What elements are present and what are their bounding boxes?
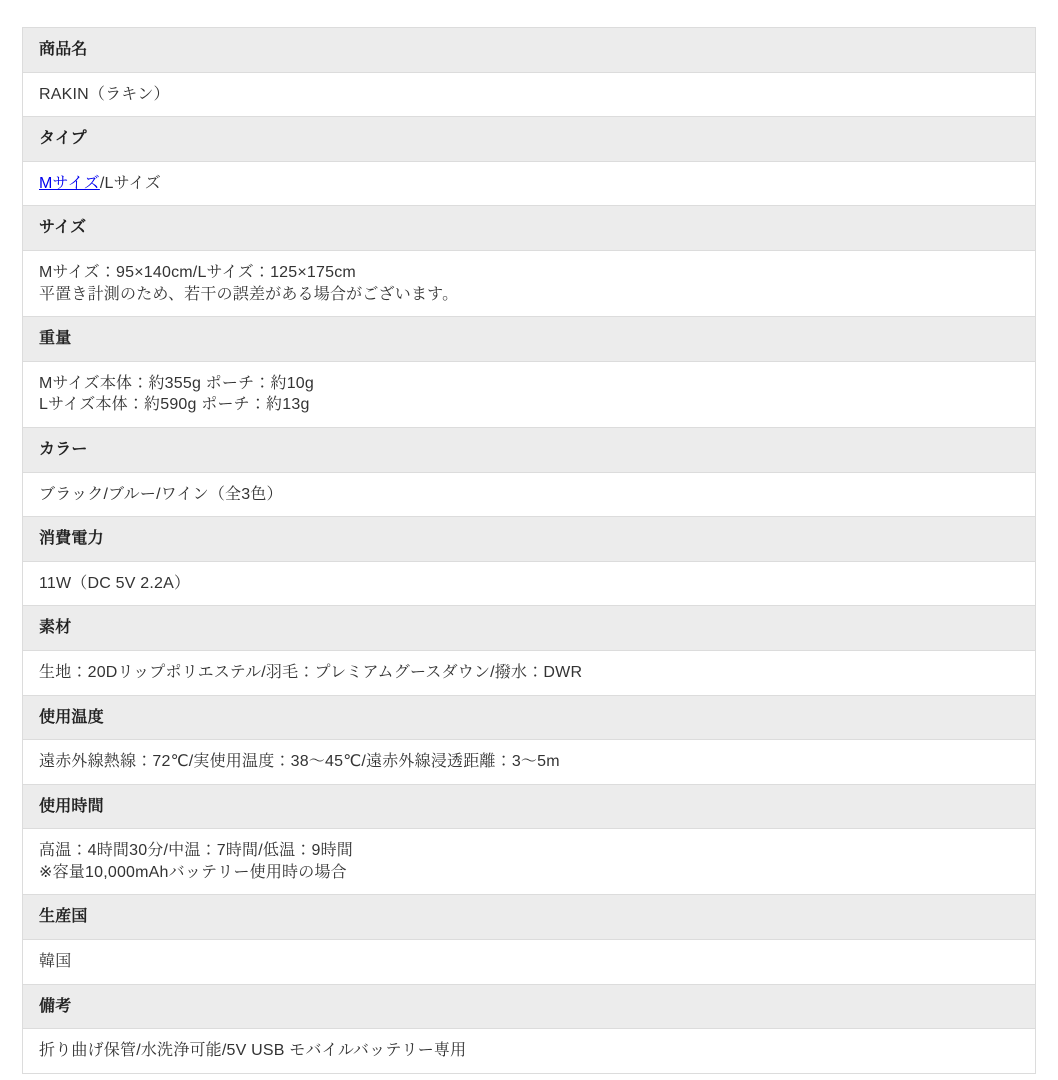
product-spec-page: 商品名 RAKIN（ラキン） タイプ Mサイズ/Lサイズ サイズ Mサイズ：95…: [0, 0, 1058, 1074]
spec-value-row-power-consumption: 11W（DC 5V 2.2A）: [23, 561, 1036, 606]
spec-value-weight: Mサイズ本体：約355g ポーチ：約10g Lサイズ本体：約590g ポーチ：約…: [23, 361, 1036, 427]
spec-value-row-size: Mサイズ：95×140cm/Lサイズ：125×175cm 平置き計測のため、若干…: [23, 250, 1036, 316]
spec-value-row-notes: 折り曲げ保管/水洗浄可能/5V USB モバイルバッテリー専用: [23, 1029, 1036, 1074]
spec-header-row-operating-temperature: 使用温度: [23, 695, 1036, 740]
value-line: 韓国: [39, 951, 1019, 973]
value-line: 遠赤外線熱線：72℃/実使用温度：38〜45℃/遠赤外線浸透距離：3〜5m: [39, 751, 1019, 773]
spec-header-row-product-name: 商品名: [23, 28, 1036, 73]
value-line: 11W（DC 5V 2.2A）: [39, 573, 1019, 595]
spec-label-operating-temperature: 使用温度: [23, 695, 1036, 740]
value-line: 高温：4時間30分/中温：7時間/低温：9時間: [39, 840, 1019, 862]
spec-value-row-usage-time: 高温：4時間30分/中温：7時間/低温：9時間 ※容量10,000mAhバッテリ…: [23, 829, 1036, 895]
value-line: 折り曲げ保管/水洗浄可能/5V USB モバイルバッテリー専用: [39, 1040, 1019, 1062]
spec-header-row-material: 素材: [23, 606, 1036, 651]
spec-value-row-type: Mサイズ/Lサイズ: [23, 161, 1036, 206]
spec-value-color: ブラック/ブルー/ワイン（全3色）: [23, 472, 1036, 517]
spec-label-material: 素材: [23, 606, 1036, 651]
spec-label-country-of-origin: 生産国: [23, 895, 1036, 940]
value-line: RAKIN（ラキン）: [39, 84, 1019, 106]
spec-value-material: 生地：20Dリップポリエステル/羽毛：プレミアムグースダウン/撥水：DWR: [23, 650, 1036, 695]
spec-header-row-country-of-origin: 生産国: [23, 895, 1036, 940]
spec-label-weight: 重量: [23, 317, 1036, 362]
spec-label-product-name: 商品名: [23, 28, 1036, 73]
spec-label-power-consumption: 消費電力: [23, 517, 1036, 562]
spec-value-row-color: ブラック/ブルー/ワイン（全3色）: [23, 472, 1036, 517]
spec-value-row-material: 生地：20Dリップポリエステル/羽毛：プレミアムグースダウン/撥水：DWR: [23, 650, 1036, 695]
spec-label-type: タイプ: [23, 117, 1036, 162]
product-spec-table: 商品名 RAKIN（ラキン） タイプ Mサイズ/Lサイズ サイズ Mサイズ：95…: [22, 27, 1036, 1074]
l-size-text: /Lサイズ: [100, 175, 161, 192]
spec-header-row-color: カラー: [23, 427, 1036, 472]
spec-value-row-product-name: RAKIN（ラキン）: [23, 72, 1036, 117]
spec-value-usage-time: 高温：4時間30分/中温：7時間/低温：9時間 ※容量10,000mAhバッテリ…: [23, 829, 1036, 895]
value-line: Lサイズ本体：約590g ポーチ：約13g: [39, 394, 1019, 416]
value-line: ブラック/ブルー/ワイン（全3色）: [39, 484, 1019, 506]
spec-label-notes: 備考: [23, 984, 1036, 1029]
spec-value-type: Mサイズ/Lサイズ: [23, 161, 1036, 206]
spec-label-usage-time: 使用時間: [23, 784, 1036, 829]
spec-header-row-notes: 備考: [23, 984, 1036, 1029]
spec-value-country-of-origin: 韓国: [23, 940, 1036, 985]
spec-header-row-power-consumption: 消費電力: [23, 517, 1036, 562]
spec-value-product-name: RAKIN（ラキン）: [23, 72, 1036, 117]
spec-label-size: サイズ: [23, 206, 1036, 251]
value-line: Mサイズ本体：約355g ポーチ：約10g: [39, 373, 1019, 395]
value-line: 生地：20Dリップポリエステル/羽毛：プレミアムグースダウン/撥水：DWR: [39, 662, 1019, 684]
spec-value-row-weight: Mサイズ本体：約355g ポーチ：約10g Lサイズ本体：約590g ポーチ：約…: [23, 361, 1036, 427]
spec-header-row-usage-time: 使用時間: [23, 784, 1036, 829]
value-line: ※容量10,000mAhバッテリー使用時の場合: [39, 862, 1019, 884]
spec-header-row-type: タイプ: [23, 117, 1036, 162]
spec-header-row-size: サイズ: [23, 206, 1036, 251]
spec-value-size: Mサイズ：95×140cm/Lサイズ：125×175cm 平置き計測のため、若干…: [23, 250, 1036, 316]
spec-value-power-consumption: 11W（DC 5V 2.2A）: [23, 561, 1036, 606]
spec-label-color: カラー: [23, 427, 1036, 472]
spec-header-row-weight: 重量: [23, 317, 1036, 362]
spec-value-row-country-of-origin: 韓国: [23, 940, 1036, 985]
spec-value-operating-temperature: 遠赤外線熱線：72℃/実使用温度：38〜45℃/遠赤外線浸透距離：3〜5m: [23, 740, 1036, 785]
spec-value-row-operating-temperature: 遠赤外線熱線：72℃/実使用温度：38〜45℃/遠赤外線浸透距離：3〜5m: [23, 740, 1036, 785]
value-line: 平置き計測のため、若干の誤差がある場合がございます。: [39, 284, 1019, 306]
m-size-link[interactable]: Mサイズ: [39, 175, 100, 192]
value-line: Mサイズ：95×140cm/Lサイズ：125×175cm: [39, 262, 1019, 284]
spec-value-notes: 折り曲げ保管/水洗浄可能/5V USB モバイルバッテリー専用: [23, 1029, 1036, 1074]
